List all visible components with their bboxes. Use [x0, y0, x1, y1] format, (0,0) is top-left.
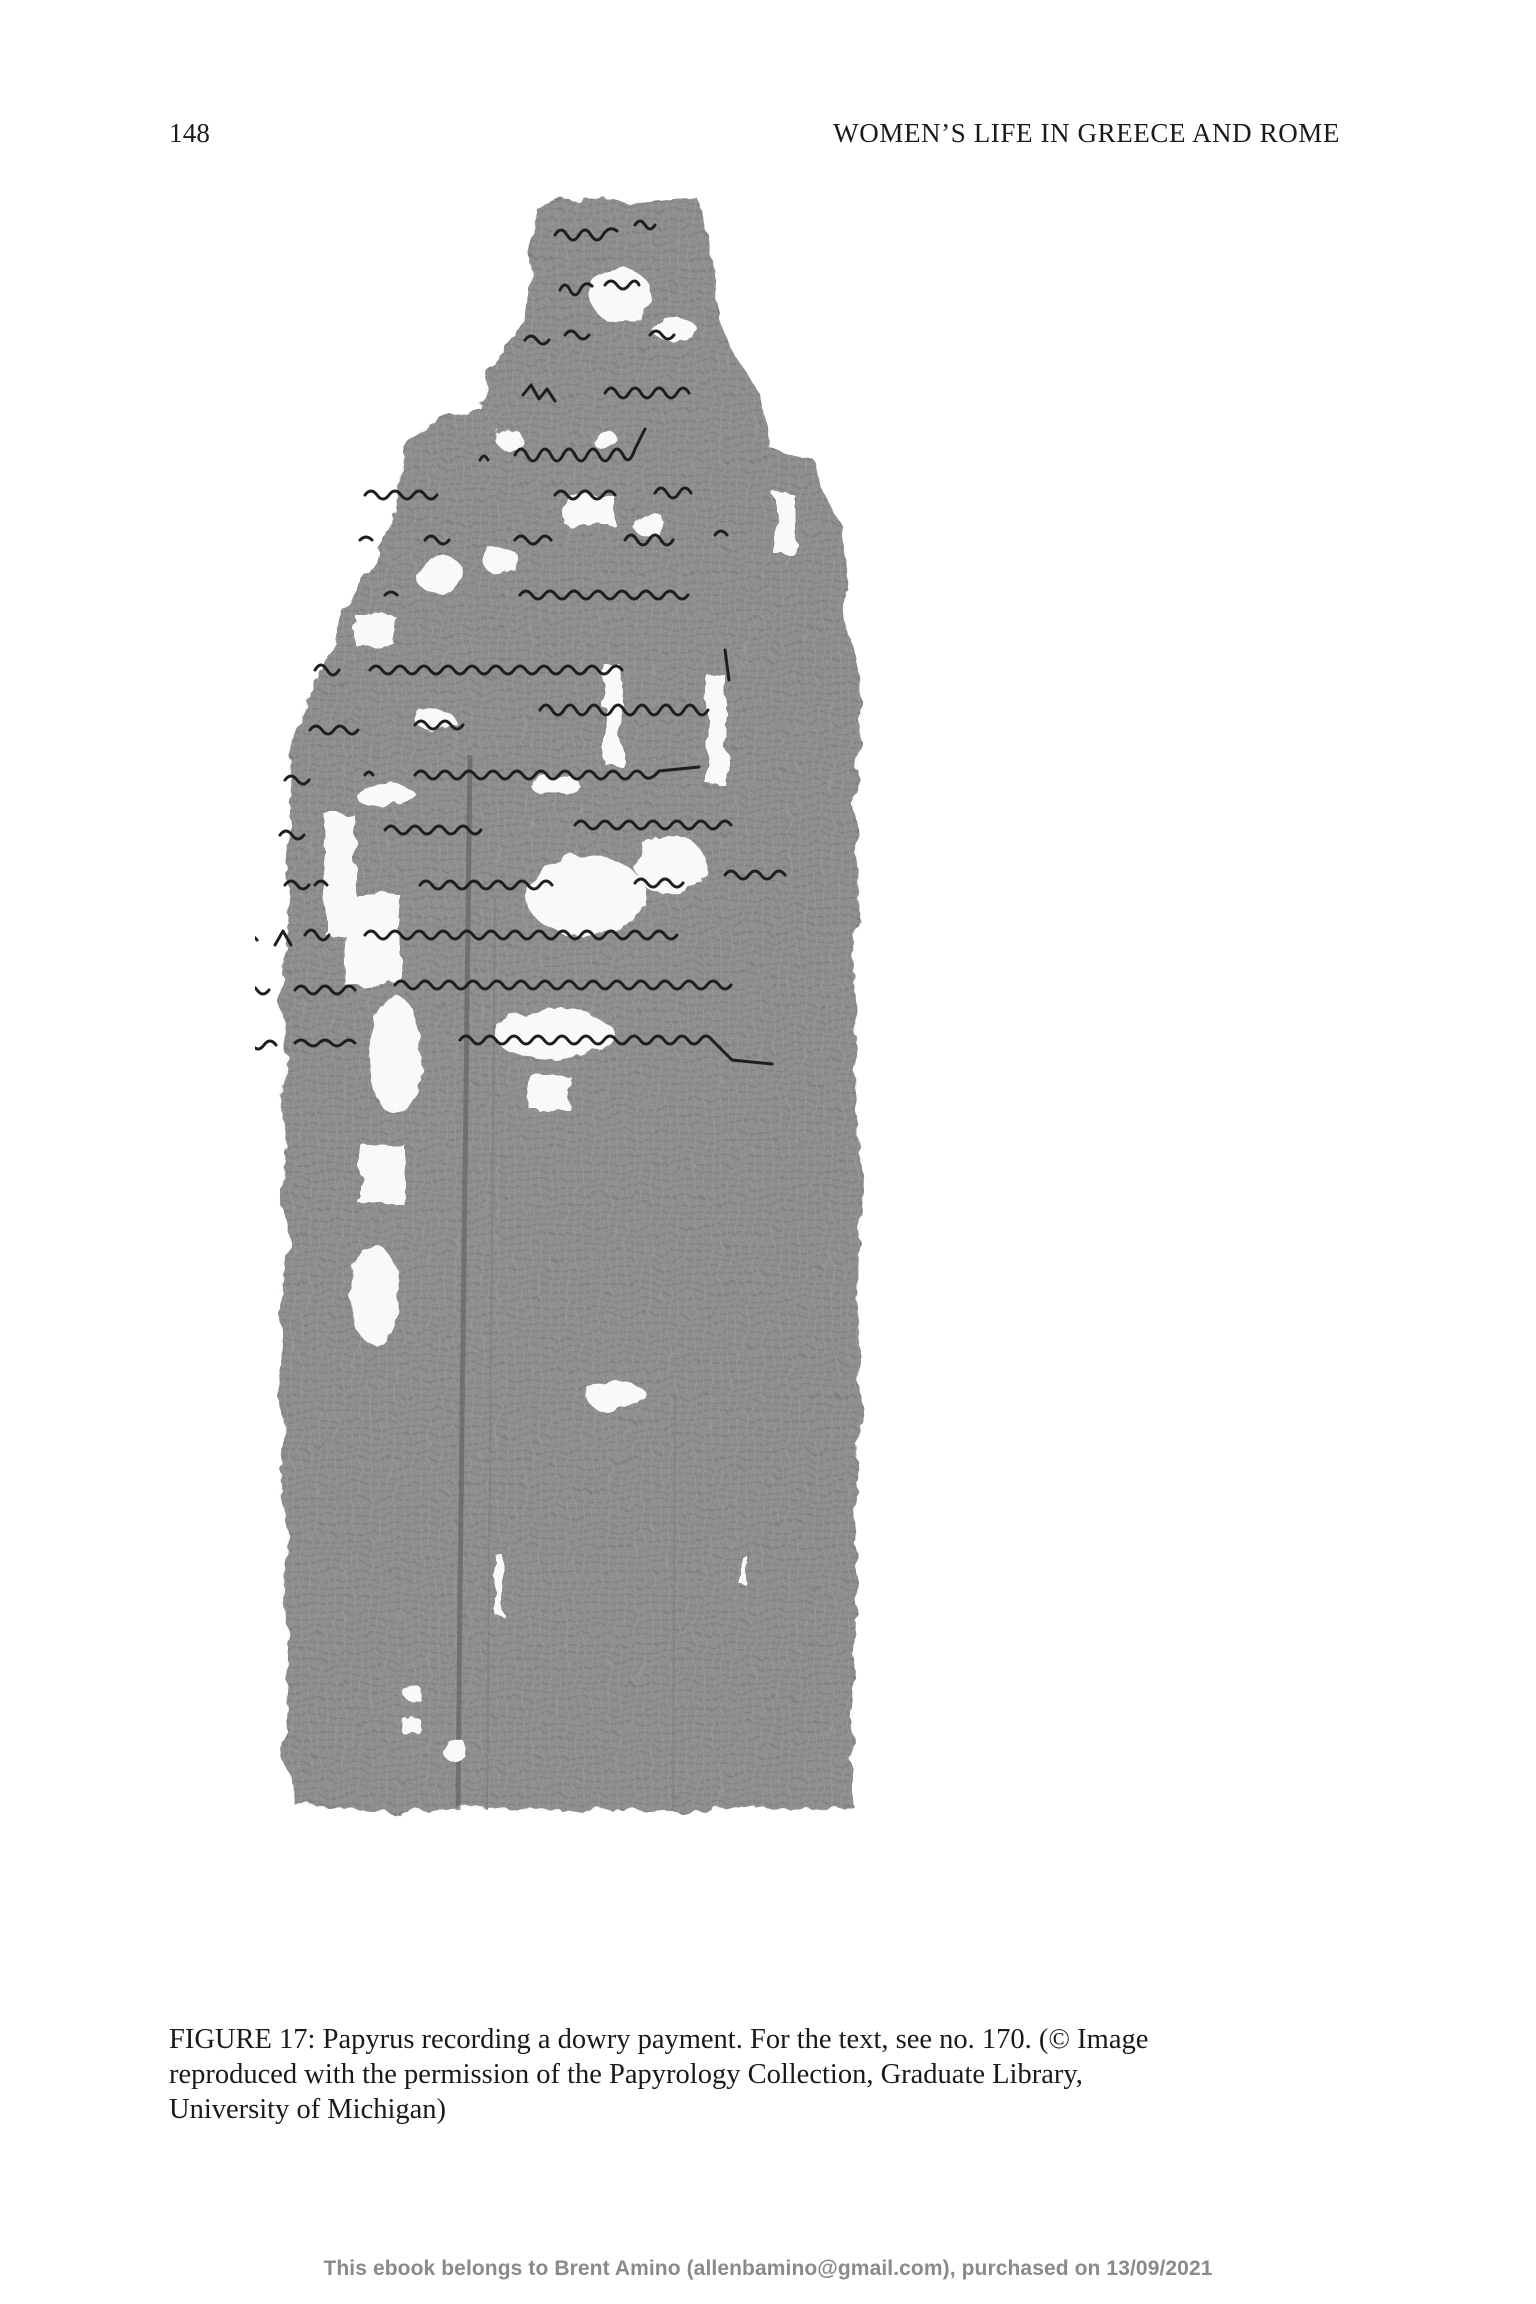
caption-line: FIGURE 17: Papyrus recording a dowry pay… [169, 2022, 1349, 2057]
papyrus-figure [255, 195, 1255, 2005]
page-number: 148 [169, 118, 210, 149]
figure-caption: FIGURE 17: Papyrus recording a dowry pay… [169, 2022, 1349, 2127]
ebook-ownership-watermark: This ebook belongs to Brent Amino (allen… [0, 2257, 1536, 2281]
running-title: WOMEN’S LIFE IN GREECE AND ROME [833, 118, 1340, 149]
papyrus-image [255, 195, 1255, 2005]
running-head: 148 WOMEN’S LIFE IN GREECE AND ROME [169, 118, 1340, 149]
book-page: 148 WOMEN’S LIFE IN GREECE AND ROME [0, 0, 1536, 2304]
caption-line: University of Michigan) [169, 2092, 1349, 2127]
caption-line: reproduced with the permission of the Pa… [169, 2057, 1349, 2092]
